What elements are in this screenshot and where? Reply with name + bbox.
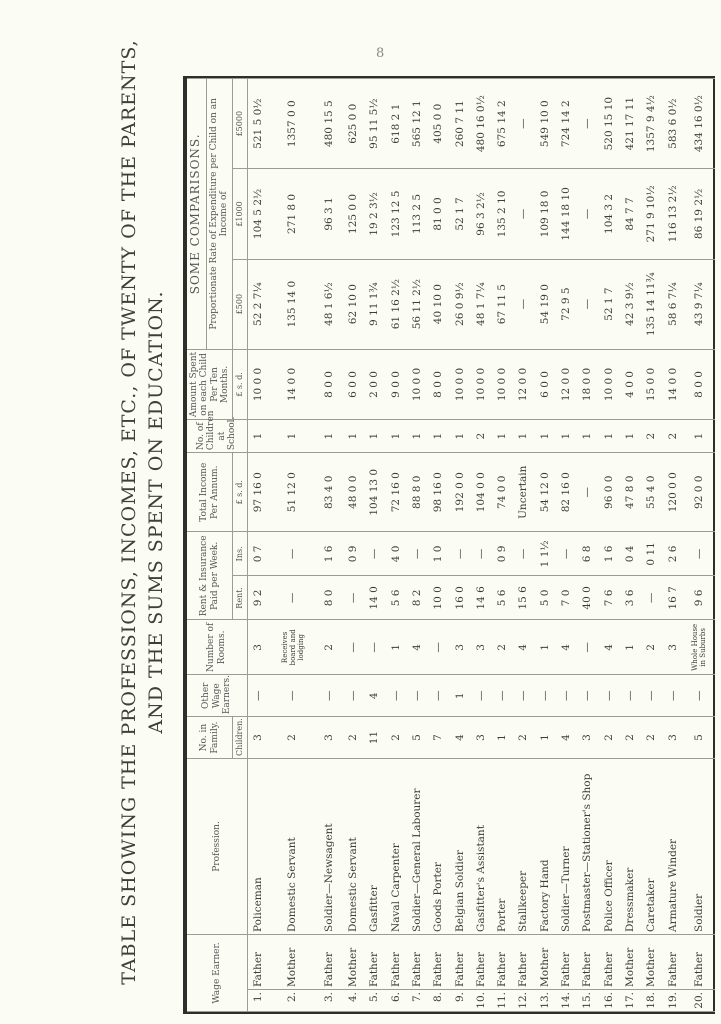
cell-profession: Soldier—Turner — [556, 758, 577, 934]
cell-row-number: 20. — [684, 990, 715, 1012]
cell-rooms: — — [577, 620, 598, 675]
cell-rent: 16 0 — [449, 576, 470, 620]
cell-total-income: 92 0 0 — [684, 453, 715, 532]
cell-children-count: 3 — [577, 717, 598, 759]
cell-wage-earner: Father — [316, 934, 343, 989]
cell-amount-spent: 14 0 0 — [662, 349, 683, 419]
cell-rooms: 2 — [641, 620, 662, 675]
rent-label: Rent. — [235, 587, 244, 609]
cell-other-earners: — — [641, 675, 662, 717]
cell-rooms: 3 — [662, 620, 683, 675]
table-row: 1.FatherPoliceman3—39 20 797 16 0110 0 0… — [247, 79, 269, 1012]
cell-amount-spent: 6 0 0 — [343, 349, 364, 419]
cell-other-earners: — — [471, 675, 492, 717]
cell-rate-500: 9 11 1¾ — [364, 259, 385, 349]
cell-rooms: 4 — [513, 620, 534, 675]
cell-total-income: 82 16 0 — [556, 453, 577, 532]
cell-wage-earner: Father — [492, 934, 513, 989]
cell-wage-earner: Father — [662, 934, 683, 989]
cell-insurance: 0 4 — [620, 532, 641, 576]
table-body: 1.FatherPoliceman3—39 20 797 16 0110 0 0… — [247, 79, 715, 1012]
cell-children-at-school: 2 — [662, 420, 683, 453]
cell-children-at-school: 1 — [449, 420, 470, 453]
cell-rate-5000: 421 17 11 — [620, 79, 641, 169]
cell-amount-spent: 6 0 0 — [535, 349, 556, 419]
cell-children-count: 4 — [449, 717, 470, 759]
cell-rooms: Whole House in Suburbs — [684, 620, 715, 675]
cell-total-income: 97 16 0 — [247, 453, 269, 532]
cell-rate-500: 48 1 7¼ — [471, 259, 492, 349]
cell-children-count: 11 — [364, 717, 385, 759]
cell-wage-earner: Father — [386, 934, 407, 989]
rooms-note: Receives board and lodging — [281, 622, 305, 672]
cell-profession: Armature Winder — [662, 758, 683, 934]
cell-rate-1000: 52 1 7 — [449, 169, 470, 259]
cell-rent: 15 6 — [513, 576, 534, 620]
cell-rate-1000: 109 18 0 — [535, 169, 556, 259]
cell-row-number: 17. — [620, 990, 641, 1012]
cell-total-income: 48 0 0 — [343, 453, 364, 532]
cell-children-at-school: 1 — [535, 420, 556, 453]
cell-children-at-school: 2 — [641, 420, 662, 453]
cell-insurance: 1 6 — [598, 532, 619, 576]
cell-children-count: 2 — [386, 717, 407, 759]
cell-total-income: 96 0 0 — [598, 453, 619, 532]
cell-rate-5000: 549 10 0 — [535, 79, 556, 169]
cell-amount-spent: 10 0 0 — [247, 349, 269, 419]
table-row: 18.MotherCaretaker2—2—0 1155 4 0215 0 01… — [641, 79, 662, 1012]
cell-profession: Domestic Servant — [343, 758, 364, 934]
cell-row-number: 13. — [535, 990, 556, 1012]
cell-row-number: 2. — [269, 990, 315, 1012]
cell-amount-spent: 4 0 0 — [620, 349, 641, 419]
cell-children-count: 2 — [641, 717, 662, 759]
cell-rate-1000: 113 2 5 — [407, 169, 428, 259]
cell-rent: 16 7 — [662, 576, 683, 620]
cell-rent: 40 0 — [577, 576, 598, 620]
cell-profession: Caretaker — [641, 758, 662, 934]
cell-row-number: 16. — [598, 990, 619, 1012]
cell-insurance: — — [513, 532, 534, 576]
cell-children-at-school: 1 — [577, 420, 598, 453]
cell-total-income: 55 4 0 — [641, 453, 662, 532]
cell-row-number: 1. — [247, 990, 269, 1012]
cell-row-number: 4. — [343, 990, 364, 1012]
cell-amount-spent: 12 0 0 — [513, 349, 534, 419]
cell-rate-500: 40 10 0 — [428, 259, 449, 349]
table-row: 2.MotherDomestic Servant2—Receives board… — [269, 79, 315, 1012]
cell-rate-500: 58 6 7¼ — [662, 259, 683, 349]
header-rate: Proportionate Rate of Expenditure per Ch… — [206, 79, 233, 350]
cell-insurance: 2 6 — [662, 532, 683, 576]
cell-rooms: 3 — [247, 620, 269, 675]
cell-children-count: 2 — [343, 717, 364, 759]
cell-total-income: 88 8 0 — [407, 453, 428, 532]
table-row: 6.FatherNaval Carpenter2—15 64 072 16 01… — [386, 79, 407, 1012]
cell-rate-5000: 724 14 2 — [556, 79, 577, 169]
cell-row-number: 11. — [492, 990, 513, 1012]
cell-wage-earner: Father — [556, 934, 577, 989]
cell-other-earners: — — [247, 675, 269, 717]
cell-children-count: 1 — [535, 717, 556, 759]
cell-total-income: 54 12 0 — [535, 453, 556, 532]
cell-rate-1000: 96 3 2½ — [471, 169, 492, 259]
cell-rate-1000: 81 0 0 — [428, 169, 449, 259]
cell-insurance: 0 7 — [247, 532, 269, 576]
cell-profession: Belgian Soldier — [449, 758, 470, 934]
cell-rent: — — [269, 576, 315, 620]
table-row: 4.MotherDomestic Servant2———0 948 0 016 … — [343, 79, 364, 1012]
cell-rate-500: 56 11 2½ — [407, 259, 428, 349]
cell-insurance: — — [684, 532, 715, 576]
cell-rate-5000: 480 16 0½ — [471, 79, 492, 169]
cell-wage-earner: Father — [449, 934, 470, 989]
cell-children-at-school: 1 — [556, 420, 577, 453]
cell-amount-spent: 18 0 0 — [577, 349, 598, 419]
data-table: Wage Earner. Profession. No. in Family. … — [185, 78, 715, 1012]
table-row: 7.FatherSoldier—General Labourer5—48 2—8… — [407, 79, 428, 1012]
cell-children-count: 1 — [492, 717, 513, 759]
cell-rate-5000: 520 15 10 — [598, 79, 619, 169]
cell-rate-1000: — — [513, 169, 534, 259]
cell-rooms: — — [364, 620, 385, 675]
cell-rooms: 3 — [449, 620, 470, 675]
cell-rate-500: 67 11 5 — [492, 259, 513, 349]
cell-rooms: 3 — [471, 620, 492, 675]
cell-rent: 9 6 — [684, 576, 715, 620]
table-row: 5.FatherGasfitter114—14 0—104 13 012 0 0… — [364, 79, 385, 1012]
cell-insurance: 0 9 — [343, 532, 364, 576]
cell-rate-1000: 123 12 5 — [386, 169, 407, 259]
cell-row-number: 10. — [471, 990, 492, 1012]
cell-rent: 9 2 — [247, 576, 269, 620]
cell-row-number: 5. — [364, 990, 385, 1012]
table-row: 17.MotherDressmaker2—13 60 447 8 014 0 0… — [620, 79, 641, 1012]
rotated-page: TABLE SHOWING THE PROFESSIONS, INCOMES, … — [0, 0, 721, 1024]
cell-rate-5000: 625 0 0 — [343, 79, 364, 169]
cell-amount-spent: 10 0 0 — [492, 349, 513, 419]
cell-children-count: 2 — [513, 717, 534, 759]
table-row: 16.FatherPolice Officer2—47 61 696 0 011… — [598, 79, 619, 1012]
header-income-units: £ s. d. — [233, 453, 247, 532]
header-amount-units: £ s. d. — [233, 349, 247, 419]
cell-rooms: 4 — [598, 620, 619, 675]
cell-profession: Dressmaker — [620, 758, 641, 934]
cell-rate-5000: 95 11 5½ — [364, 79, 385, 169]
cell-amount-spent: 14 0 0 — [269, 349, 315, 419]
cell-wage-earner: Father — [577, 934, 598, 989]
cell-children-at-school: 1 — [364, 420, 385, 453]
header-family: No. in Family. — [186, 717, 233, 759]
cell-wage-earner: Father — [513, 934, 534, 989]
header-ins: Ins. — [233, 532, 247, 576]
cell-children-count: 3 — [247, 717, 269, 759]
header-other-earners: Other Wage Earners. — [186, 675, 247, 717]
header-profession: Profession. — [186, 758, 247, 934]
cell-rate-5000: — — [577, 79, 598, 169]
cell-amount-spent: 10 0 0 — [598, 349, 619, 419]
cell-rate-5000: 260 7 11 — [449, 79, 470, 169]
cell-total-income: 72 16 0 — [386, 453, 407, 532]
cell-other-earners: — — [386, 675, 407, 717]
cell-insurance: 0 9 — [492, 532, 513, 576]
cell-wage-earner: Father — [598, 934, 619, 989]
header-rent: Rent. — [233, 576, 247, 620]
cell-other-earners: — — [556, 675, 577, 717]
cell-rent: 7 0 — [556, 576, 577, 620]
cell-children-at-school: 1 — [343, 420, 364, 453]
header-500: £500 — [233, 259, 247, 349]
table-row: 15.FatherPostmaster—Stationer's Shop3——4… — [577, 79, 598, 1012]
cell-other-earners: — — [513, 675, 534, 717]
cell-wage-earner: Mother — [535, 934, 556, 989]
cell-rooms: 1 — [535, 620, 556, 675]
cell-amount-spent: 10 0 0 — [407, 349, 428, 419]
cell-children-at-school: 1 — [386, 420, 407, 453]
cell-rent: — — [641, 576, 662, 620]
cell-other-earners: — — [492, 675, 513, 717]
cell-profession: Porter — [492, 758, 513, 934]
cell-other-earners: 4 — [364, 675, 385, 717]
header-rooms: Number of Rooms. — [186, 620, 247, 675]
cell-total-income: Uncertain — [513, 453, 534, 532]
cell-amount-spent: 8 0 0 — [428, 349, 449, 419]
cell-children-count: 3 — [471, 717, 492, 759]
cell-rate-500: 52 2 7¼ — [247, 259, 269, 349]
table-title-line-2: AND THE SUMS SPENT ON EDUCATION. — [145, 0, 167, 1024]
cell-rate-500: 135 14 0 — [269, 259, 315, 349]
cell-rate-5000: 583 6 0½ — [662, 79, 683, 169]
cell-rate-1000: 125 0 0 — [343, 169, 364, 259]
cell-rooms: Receives board and lodging — [269, 620, 315, 675]
cell-other-earners: — — [407, 675, 428, 717]
cell-insurance: 6 8 — [577, 532, 598, 576]
cell-profession: Stallkeeper — [513, 758, 534, 934]
cell-rate-5000: 405 0 0 — [428, 79, 449, 169]
cell-rooms: — — [343, 620, 364, 675]
cell-profession: Factory Hand — [535, 758, 556, 934]
cell-rent: 7 6 — [598, 576, 619, 620]
cell-rate-1000: 271 9 10½ — [641, 169, 662, 259]
parents-table: Wage Earner. Profession. No. in Family. … — [183, 76, 715, 1014]
cell-rate-500: 48 1 6½ — [316, 259, 343, 349]
cell-total-income: 192 0 0 — [449, 453, 470, 532]
cell-row-number: 12. — [513, 990, 534, 1012]
cell-profession: Naval Carpenter — [386, 758, 407, 934]
cell-row-number: 9. — [449, 990, 470, 1012]
cell-insurance: — — [449, 532, 470, 576]
cell-rate-500: 42 3 9½ — [620, 259, 641, 349]
cell-total-income: 104 0 0 — [471, 453, 492, 532]
cell-other-earners: — — [269, 675, 315, 717]
cell-rent: 5 0 — [535, 576, 556, 620]
cell-rate-5000: 480 15 5 — [316, 79, 343, 169]
cell-amount-spent: 2 0 0 — [364, 349, 385, 419]
cell-children-at-school: 1 — [247, 420, 269, 453]
cell-children-count: 2 — [620, 717, 641, 759]
cell-rate-500: — — [513, 259, 534, 349]
cell-rent: — — [343, 576, 364, 620]
cell-insurance: — — [407, 532, 428, 576]
cell-profession: Policeman — [247, 758, 269, 934]
cell-rate-1000: 86 19 2½ — [684, 169, 715, 259]
cell-rate-1000: 19 2 3½ — [364, 169, 385, 259]
cell-rate-500: 52 1 7 — [598, 259, 619, 349]
cell-children-count: 5 — [684, 717, 715, 759]
cell-insurance: — — [471, 532, 492, 576]
cell-wage-earner: Father — [428, 934, 449, 989]
cell-other-earners: — — [662, 675, 683, 717]
cell-rooms: 2 — [316, 620, 343, 675]
cell-profession: Soldier — [684, 758, 715, 934]
cell-children-at-school: 1 — [316, 420, 343, 453]
cell-profession: Gasfitter's Assistant — [471, 758, 492, 934]
cell-children-count: 4 — [556, 717, 577, 759]
table-row: 11.FatherPorter1—25 60 974 0 0110 0 067 … — [492, 79, 513, 1012]
cell-rate-5000: 434 16 0½ — [684, 79, 715, 169]
cell-row-number: 14. — [556, 990, 577, 1012]
cell-rate-500: 43 9 7¼ — [684, 259, 715, 349]
cell-total-income: 83 4 0 — [316, 453, 343, 532]
cell-rent: 10 0 — [428, 576, 449, 620]
cell-children-count: 2 — [269, 717, 315, 759]
cell-rent: 8 0 — [316, 576, 343, 620]
cell-wage-earner: Mother — [343, 934, 364, 989]
cell-other-earners: — — [598, 675, 619, 717]
cell-row-number: 8. — [428, 990, 449, 1012]
cell-row-number: 6. — [386, 990, 407, 1012]
cell-profession: Postmaster—Stationer's Shop — [577, 758, 598, 934]
table-row: 12.FatherStallkeeper2—415 6—Uncertain112… — [513, 79, 534, 1012]
cell-children-at-school: 1 — [428, 420, 449, 453]
cell-rooms: 4 — [556, 620, 577, 675]
table-row: 14.FatherSoldier—Turner4—47 0—82 16 0112… — [556, 79, 577, 1012]
cell-row-number: 3. — [316, 990, 343, 1012]
cell-wage-earner: Father — [407, 934, 428, 989]
cell-children-count: 3 — [316, 717, 343, 759]
header-5000: £5000 — [233, 79, 247, 169]
cell-wage-earner: Father — [247, 934, 269, 989]
cell-rate-5000: 565 12 1 — [407, 79, 428, 169]
cell-total-income: 51 12 0 — [269, 453, 315, 532]
cell-wage-earner: Mother — [269, 934, 315, 989]
table-row: 10.FatherGasfitter's Assistant3—314 6—10… — [471, 79, 492, 1012]
cell-wage-earner: Mother — [620, 934, 641, 989]
cell-children-at-school: 1 — [269, 420, 315, 453]
cell-other-earners: — — [343, 675, 364, 717]
cell-rate-500: — — [577, 259, 598, 349]
cell-children-count: 3 — [662, 717, 683, 759]
cell-rooms: — — [428, 620, 449, 675]
cell-other-earners: — — [535, 675, 556, 717]
cell-rooms: 4 — [407, 620, 428, 675]
ins-label: Ins. — [235, 546, 244, 561]
cell-rate-1000: 84 7 7 — [620, 169, 641, 259]
cell-total-income: — — [577, 453, 598, 532]
table-row: 9.FatherBelgian Soldier41316 0—192 0 011… — [449, 79, 470, 1012]
cell-total-income: 120 0 0 — [662, 453, 683, 532]
rooms-note: Whole House in Suburbs — [691, 622, 707, 672]
cell-rent: 5 6 — [492, 576, 513, 620]
cell-rate-5000: 675 14 2 — [492, 79, 513, 169]
cell-insurance: 4 0 — [386, 532, 407, 576]
cell-rent: 14 6 — [471, 576, 492, 620]
cell-rate-1000: 104 5 2½ — [247, 169, 269, 259]
cell-row-number: 19. — [662, 990, 683, 1012]
cell-rent: 14 0 — [364, 576, 385, 620]
cell-rate-5000: 521 5 0½ — [247, 79, 269, 169]
cell-total-income: 98 16 0 — [428, 453, 449, 532]
cell-wage-earner: Father — [471, 934, 492, 989]
cell-children-count: 2 — [598, 717, 619, 759]
cell-amount-spent: 8 0 0 — [684, 349, 715, 419]
header-children: Children. — [233, 717, 247, 759]
cell-rate-500: 135 14 11¾ — [641, 259, 662, 349]
cell-other-earners: — — [316, 675, 343, 717]
cell-row-number: 15. — [577, 990, 598, 1012]
cell-wage-earner: Mother — [641, 934, 662, 989]
cell-insurance: 1 6 — [316, 532, 343, 576]
cell-rate-5000: — — [513, 79, 534, 169]
cell-profession: Police Officer — [598, 758, 619, 934]
cell-rate-1000: 271 8 0 — [269, 169, 315, 259]
cell-total-income: 74 0 0 — [492, 453, 513, 532]
cell-other-earners: 1 — [449, 675, 470, 717]
table-row: 19.FatherArmature Winder3—316 72 6120 0 … — [662, 79, 683, 1012]
header-1000: £1000 — [233, 169, 247, 259]
table-row: 13.MotherFactory Hand1—15 01 1½54 12 016… — [535, 79, 556, 1012]
table-row: 8.FatherGoods Porter7——10 01 098 16 018 … — [428, 79, 449, 1012]
table-title-line-1: TABLE SHOWING THE PROFESSIONS, INCOMES, … — [118, 0, 140, 1024]
cell-children-at-school: 1 — [513, 420, 534, 453]
cell-insurance: 1 0 — [428, 532, 449, 576]
cell-rate-500: 62 10 0 — [343, 259, 364, 349]
cell-total-income: 104 13 0 — [364, 453, 385, 532]
cell-children-count: 5 — [407, 717, 428, 759]
header-income: Total Income Per Annum. — [186, 453, 233, 532]
cell-children-at-school: 1 — [620, 420, 641, 453]
header-rent-insurance: Rent & Insurance Paid per Week. — [186, 532, 233, 620]
cell-insurance: 0 11 — [641, 532, 662, 576]
cell-amount-spent: 8 0 0 — [316, 349, 343, 419]
cell-children-at-school: 1 — [407, 420, 428, 453]
header-comparisons: SOME COMPARISONS. — [186, 79, 206, 350]
cell-total-income: 47 8 0 — [620, 453, 641, 532]
cell-children-at-school: 1 — [492, 420, 513, 453]
cell-other-earners: — — [428, 675, 449, 717]
header-amount: Amount Spent on each Child Per Ten Month… — [186, 349, 233, 419]
cell-rate-500: 72 9 5 — [556, 259, 577, 349]
cell-rate-1000: 135 2 10 — [492, 169, 513, 259]
cell-children-at-school: 2 — [471, 420, 492, 453]
table-row: 20.FatherSoldier5—Whole House in Suburbs… — [684, 79, 715, 1012]
cell-rooms: 2 — [492, 620, 513, 675]
cell-wage-earner: Father — [364, 934, 385, 989]
cell-insurance: — — [364, 532, 385, 576]
cell-rate-5000: 1357 0 0 — [269, 79, 315, 169]
cell-amount-spent: 9 0 0 — [386, 349, 407, 419]
cell-other-earners: — — [684, 675, 715, 717]
header-at-school: No. of Children at School. — [186, 420, 247, 453]
cell-amount-spent: 15 0 0 — [641, 349, 662, 419]
cell-rate-1000: 96 3 1 — [316, 169, 343, 259]
cell-rate-5000: 1357 9 4½ — [641, 79, 662, 169]
cell-row-number: 18. — [641, 990, 662, 1012]
cell-amount-spent: 10 0 0 — [449, 349, 470, 419]
cell-rate-500: 26 0 9½ — [449, 259, 470, 349]
cell-rate-1000: — — [577, 169, 598, 259]
cell-rate-5000: 618 2 1 — [386, 79, 407, 169]
